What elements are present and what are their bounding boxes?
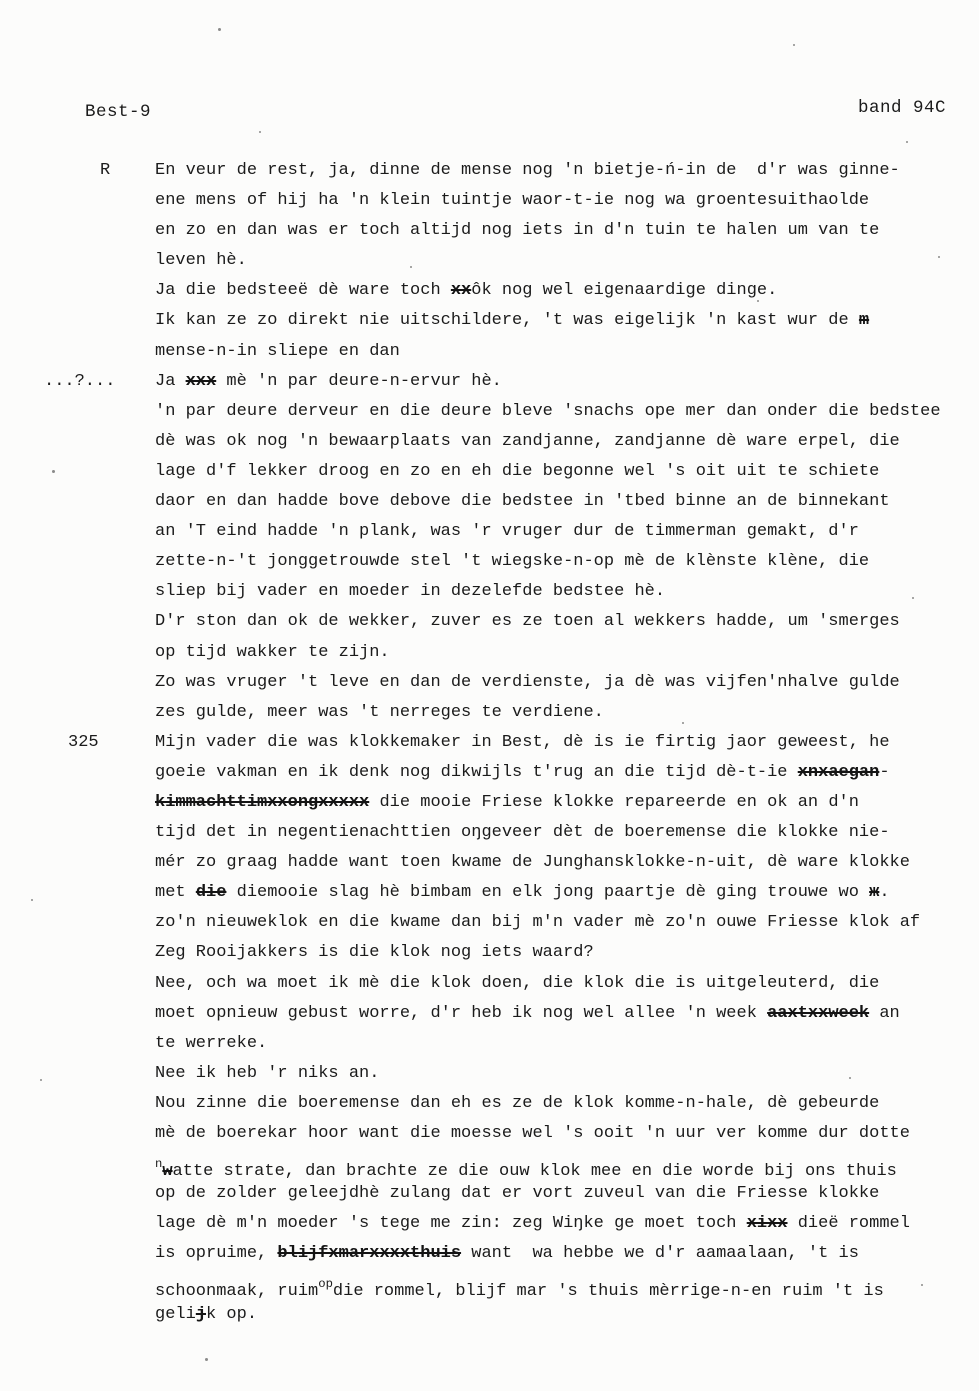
line-text: an 'T eind hadde 'n plank, was 'r vruger… <box>155 517 979 547</box>
transcript-line: zette-n-'t jonggetrouwde stel 't wiegske… <box>0 547 979 577</box>
margin-marker: 325 <box>68 728 99 758</box>
line-text: Nee ik heb 'r niks an. <box>155 1059 979 1089</box>
scan-speck <box>259 131 261 133</box>
line-text: met die diemooie slag hè bimbam en elk j… <box>155 878 979 908</box>
text-segment: mè de boerekar hoor want die moesse wel … <box>155 1124 910 1143</box>
line-text: Zo was vruger 't leve en dan de verdiens… <box>155 668 979 698</box>
transcript-line: REn veur de rest, ja, dinne de mense nog… <box>0 156 979 186</box>
line-text: daor en dan hadde bove debove die bedste… <box>155 487 979 517</box>
transcript-line: leven hè. <box>0 246 979 276</box>
line-text: 'n par deure derveur en die deure bleve … <box>155 397 979 427</box>
transcript-line: te werreke. <box>0 1029 979 1059</box>
overtyped-text: ж <box>869 883 879 902</box>
text-segment: D'r ston dan ok de wekker, zuver es ze t… <box>155 612 900 631</box>
line-text: moet opnieuw gebust worre, d'r heb ik no… <box>155 999 979 1029</box>
page-label: Best-9 <box>85 102 151 122</box>
scan-speck <box>205 1358 208 1361</box>
text-segment: mè 'n par deure-n-ervur hè. <box>216 372 502 391</box>
text-segment: Nee, och wa moet ik mè die klok doen, di… <box>155 974 879 993</box>
scan-speck <box>682 722 684 724</box>
scan-speck <box>757 300 759 302</box>
overtyped-text: kimmachttimxxongxxxxx <box>155 793 369 812</box>
text-segment: 'n par deure derveur en die deure bleve … <box>155 402 941 421</box>
line-text: Nou zinne die boeremense dan eh es ze de… <box>155 1089 979 1119</box>
text-segment: die mooie Friese klokke repareerde en ok… <box>369 793 859 812</box>
text-segment: zo'n nieuweklok en die kwame dan bij m'n… <box>155 913 920 932</box>
transcript-line: kimmachttimxxongxxxxx die mooie Friese k… <box>0 788 979 818</box>
transcript-line: 'n par deure derveur en die deure bleve … <box>0 397 979 427</box>
text-segment: moet opnieuw gebust worre, d'r heb ik no… <box>155 1004 767 1023</box>
document-page: Best-9 band 94C REn veur de rest, ja, di… <box>0 0 979 1391</box>
transcript-line: met die diemooie slag hè bimbam en elk j… <box>0 878 979 908</box>
line-text: Nee, och wa moet ik mè die klok doen, di… <box>155 969 979 999</box>
text-segment: op tijd wakker te zijn. <box>155 643 390 662</box>
transcript-line: nwatte strate, dan brachte ze die ouw kl… <box>0 1149 979 1179</box>
text-segment: Mijn vader die was klokkemaker in Best, … <box>155 733 890 752</box>
text-segment: dè was ok nog 'n bewaarplaats van zandja… <box>155 432 900 451</box>
line-text: en zo en dan was er toch altijd nog iets… <box>155 216 979 246</box>
transcript-line: is opruime, blijfxmarxxxxthuis want wa h… <box>0 1239 979 1269</box>
overtyped-text: j <box>196 1305 206 1324</box>
transcript-line: gelijk op. <box>0 1300 979 1330</box>
text-segment: te werreke. <box>155 1034 267 1053</box>
text-segment: Nee ik heb 'r niks an. <box>155 1064 379 1083</box>
transcript-line: sliep bij vader en moeder in dezelefde b… <box>0 577 979 607</box>
text-segment: Ik kan ze zo direkt nie uitschildere, 't… <box>155 311 859 330</box>
margin-marker: R <box>100 156 110 186</box>
text-segment: dieë rommel <box>788 1214 910 1233</box>
line-text: Ja xxx mè 'n par deure-n-ervur hè. <box>155 367 979 397</box>
text-segment: leven hè. <box>155 251 247 270</box>
line-text: lage d'f lekker droog en zo en eh die be… <box>155 457 979 487</box>
line-text: ene mens of hij ha 'n klein tuintje waor… <box>155 186 979 216</box>
line-text: te werreke. <box>155 1029 979 1059</box>
text-segment: mér zo graag hadde want toen kwame de Ju… <box>155 853 910 872</box>
text-segment: tijd det in negentienachttien oŋgeveer d… <box>155 823 890 842</box>
transcript-line: zo'n nieuweklok en die kwame dan bij m'n… <box>0 908 979 938</box>
overtyped-text: xxx <box>186 372 217 391</box>
line-text: mense-n-in sliepe en dan <box>155 337 979 367</box>
line-text: zo'n nieuweklok en die kwame dan bij m'n… <box>155 908 979 938</box>
text-segment: k op. <box>206 1305 257 1324</box>
overtyped-text: xx <box>451 281 471 300</box>
scan-speck <box>40 1079 42 1081</box>
line-text: is opruime, blijfxmarxxxxthuis want wa h… <box>155 1239 979 1269</box>
transcript-line: an 'T eind hadde 'n plank, was 'r vruger… <box>0 517 979 547</box>
text-segment: mense-n-in sliepe en dan <box>155 342 400 361</box>
line-text: zette-n-'t jonggetrouwde stel 't wiegske… <box>155 547 979 577</box>
overtyped-text: aaxtxxweek <box>767 1004 869 1023</box>
transcript-line: en zo en dan was er toch altijd nog iets… <box>0 216 979 246</box>
transcript-line: Ik kan ze zo direkt nie uitschildere, 't… <box>0 306 979 336</box>
text-segment: Zo was vruger 't leve en dan de verdiens… <box>155 673 900 692</box>
transcript-line: lage dè m'n moeder 's tege me zin: zeg W… <box>0 1209 979 1239</box>
text-segment: an 'T eind hadde 'n plank, was 'r vruger… <box>155 522 859 541</box>
text-segment: atte strate, dan brachte ze die ouw klok… <box>173 1162 897 1179</box>
line-text: Mijn vader die was klokkemaker in Best, … <box>155 728 979 758</box>
line-text: goeie vakman en ik denk nog dikwijls t'r… <box>155 758 979 788</box>
transcript-line: schoonmaak, ruimopdie rommel, blijf mar … <box>0 1269 979 1299</box>
text-segment: goeie vakman en ik denk nog dikwijls t'r… <box>155 763 798 782</box>
transcript-body: REn veur de rest, ja, dinne de mense nog… <box>0 156 979 1330</box>
scan-speck <box>906 141 908 143</box>
transcript-line: Ja die bedsteeë dè ware toch xxôk nog we… <box>0 276 979 306</box>
transcript-line: mense-n-in sliepe en dan <box>0 337 979 367</box>
text-segment: lage d'f lekker droog en zo en eh die be… <box>155 462 879 481</box>
text-segment: Ja <box>155 372 186 391</box>
transcript-line: goeie vakman en ik denk nog dikwijls t'r… <box>0 758 979 788</box>
transcript-line: Nee ik heb 'r niks an. <box>0 1059 979 1089</box>
text-segment: die rommel, blijf mar 's thuis mèrrige-n… <box>333 1282 884 1299</box>
transcript-line: op tijd wakker te zijn. <box>0 638 979 668</box>
line-text: sliep bij vader en moeder in dezelefde b… <box>155 577 979 607</box>
transcript-line: tijd det in negentienachttien oŋgeveer d… <box>0 818 979 848</box>
transcript-line: dè was ok nog 'n bewaarplaats van zandja… <box>0 427 979 457</box>
overtyped-text: blijfxmarxxxxthuis <box>277 1244 461 1263</box>
overtyped-text: op <box>318 1277 333 1291</box>
scan-speck <box>52 470 55 473</box>
overtyped-text: xixx <box>747 1214 788 1233</box>
text-segment: lage dè m'n moeder 's tege me zin: zeg W… <box>155 1214 747 1233</box>
text-segment: - <box>879 763 889 782</box>
text-segment: ene mens of hij ha 'n klein tuintje waor… <box>155 191 869 210</box>
line-text: Ik kan ze zo direkt nie uitschildere, 't… <box>155 306 979 336</box>
line-text: mè de boerekar hoor want die moesse wel … <box>155 1119 979 1149</box>
line-text: mér zo graag hadde want toen kwame de Ju… <box>155 848 979 878</box>
overtyped-text: w <box>162 1162 172 1179</box>
text-segment: Nou zinne die boeremense dan eh es ze de… <box>155 1094 879 1113</box>
transcript-line: daor en dan hadde bove debove die bedste… <box>0 487 979 517</box>
transcript-line: mér zo graag hadde want toen kwame de Ju… <box>0 848 979 878</box>
line-text: gelijk op. <box>155 1300 979 1330</box>
line-text: kimmachttimxxongxxxxx die mooie Friese k… <box>155 788 979 818</box>
line-text: Zeg Rooijakkers is die klok nog iets waa… <box>155 938 979 968</box>
scan-speck <box>218 28 221 31</box>
line-text: tijd det in negentienachttien oŋgeveer d… <box>155 818 979 848</box>
scan-speck <box>410 266 412 268</box>
line-text: op de zolder geleejdhè zulang dat er vor… <box>155 1179 979 1209</box>
line-text: nwatte strate, dan brachte ze die ouw kl… <box>155 1149 979 1179</box>
margin-marker: ...?... <box>44 367 115 397</box>
text-segment: en zo en dan was er toch altijd nog iets… <box>155 221 879 240</box>
scan-speck <box>912 597 914 599</box>
text-segment: daor en dan hadde bove debove die bedste… <box>155 492 890 511</box>
text-segment: schoonmaak, ruim <box>155 1282 318 1299</box>
tape-band-label: band 94C <box>858 98 946 118</box>
text-segment: Ja die bedsteeë dè ware toch <box>155 281 451 300</box>
transcript-line: zes gulde, meer was 't nerreges te verdi… <box>0 698 979 728</box>
scan-speck <box>793 44 795 46</box>
text-segment: is opruime, <box>155 1244 277 1263</box>
scan-speck <box>921 1284 923 1286</box>
text-segment: op de zolder geleejdhè zulang dat er vor… <box>155 1184 879 1203</box>
text-segment: En veur de rest, ja, dinne de mense nog … <box>155 161 900 180</box>
scan-speck <box>849 1077 851 1079</box>
line-text: dè was ok nog 'n bewaarplaats van zandja… <box>155 427 979 457</box>
transcript-line: ...?...Ja xxx mè 'n par deure-n-ervur hè… <box>0 367 979 397</box>
transcript-line: op de zolder geleejdhè zulang dat er vor… <box>0 1179 979 1209</box>
text-segment: want wa hebbe we d'r aamaalaan, 't is <box>461 1244 859 1263</box>
transcript-line: Zeg Rooijakkers is die klok nog iets waa… <box>0 938 979 968</box>
text-segment: Zeg Rooijakkers is die klok nog iets waa… <box>155 943 594 962</box>
text-segment: diemooie slag hè bimbam en elk jong paar… <box>226 883 869 902</box>
transcript-line: ene mens of hij ha 'n klein tuintje waor… <box>0 186 979 216</box>
overtyped-text: xnxaegan <box>798 763 880 782</box>
line-text: D'r ston dan ok de wekker, zuver es ze t… <box>155 607 979 637</box>
scan-speck <box>938 256 940 258</box>
line-text: leven hè. <box>155 246 979 276</box>
text-segment: ôk nog wel eigenaardige dinge. <box>471 281 777 300</box>
overtyped-text: m <box>859 311 869 330</box>
line-text: lage dè m'n moeder 's tege me zin: zeg W… <box>155 1209 979 1239</box>
transcript-line: mè de boerekar hoor want die moesse wel … <box>0 1119 979 1149</box>
line-text: op tijd wakker te zijn. <box>155 638 979 668</box>
line-text: schoonmaak, ruimopdie rommel, blijf mar … <box>155 1269 979 1299</box>
transcript-line: Zo was vruger 't leve en dan de verdiens… <box>0 668 979 698</box>
text-segment: met <box>155 883 196 902</box>
transcript-line: lage d'f lekker droog en zo en eh die be… <box>0 457 979 487</box>
text-segment: zes gulde, meer was 't nerreges te verdi… <box>155 703 604 722</box>
text-segment: zette-n-'t jonggetrouwde stel 't wiegske… <box>155 552 869 571</box>
line-text: zes gulde, meer was 't nerreges te verdi… <box>155 698 979 728</box>
transcript-line: Nou zinne die boeremense dan eh es ze de… <box>0 1089 979 1119</box>
text-segment: an <box>869 1004 900 1023</box>
text-segment: . <box>879 883 889 902</box>
text-segment: geli <box>155 1305 196 1324</box>
overtyped-text: die <box>196 883 227 902</box>
transcript-line: D'r ston dan ok de wekker, zuver es ze t… <box>0 607 979 637</box>
transcript-line: moet opnieuw gebust worre, d'r heb ik no… <box>0 999 979 1029</box>
line-text: En veur de rest, ja, dinne de mense nog … <box>155 156 979 186</box>
line-text: Ja die bedsteeë dè ware toch xxôk nog we… <box>155 276 979 306</box>
transcript-line: Nee, och wa moet ik mè die klok doen, di… <box>0 969 979 999</box>
transcript-line: 325Mijn vader die was klokkemaker in Bes… <box>0 728 979 758</box>
scan-speck <box>31 899 33 901</box>
text-segment: sliep bij vader en moeder in dezelefde b… <box>155 582 665 601</box>
